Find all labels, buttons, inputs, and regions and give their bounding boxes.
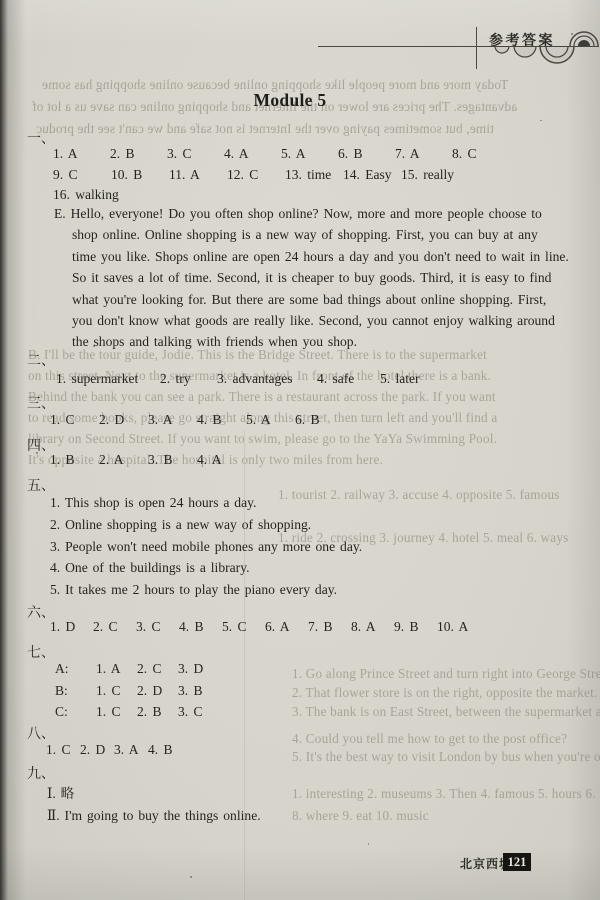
answers-subrow: 1. C2. B3. C	[96, 704, 219, 720]
answer-item: 5. later	[380, 371, 419, 387]
answer-item: 3. advantages	[217, 371, 317, 387]
answer-item: 4. A	[224, 146, 281, 162]
answer-item: 12. C	[227, 167, 285, 183]
passage-line: what you're looking for. But there are s…	[54, 289, 569, 310]
passage-line: So it saves a lot of time. Second, it is…	[54, 267, 569, 288]
answers-row: A:1. A2. C3. D	[55, 661, 219, 677]
section-marker-2: 二、	[27, 350, 55, 370]
answers-subrow: 1. A2. C3. D	[96, 661, 219, 677]
page-content: 参考答案 Module 5 一、 1. A2. B3. C4. A5. A6. …	[0, 0, 600, 900]
passage-line: time you like. Shops online are open 24 …	[54, 246, 569, 267]
answer-item: 1. supermarket	[56, 371, 160, 387]
answer-item: 7. A	[395, 146, 452, 162]
answer-item: 4. A	[197, 452, 246, 468]
section-marker-8: 八、	[27, 723, 55, 743]
dust-speck	[36, 452, 38, 454]
answers-row: C:1. C2. B3. C	[55, 704, 219, 720]
answer-item: 11. A	[169, 167, 227, 183]
sentence-item: 5. It takes me 2 hours to play the piano…	[50, 579, 362, 601]
answer-item: 7. B	[308, 619, 351, 635]
sentence-item: 4. One of the buildings is a library.	[50, 557, 362, 579]
answer-item: 8. A	[351, 619, 394, 635]
header-label: 参考答案	[489, 30, 555, 50]
answer-item: 9. B	[394, 619, 437, 635]
answers-row: 1. B2. A3. B4. A	[50, 452, 246, 468]
section-marker-9: 九、	[27, 763, 55, 783]
group-label: C:	[55, 704, 96, 720]
answer-item: 4. safe	[317, 371, 380, 387]
answer-item: 1. B	[50, 452, 99, 468]
answer-item: 15. really	[401, 167, 459, 183]
passage-line: shop online. Online shopping is a new wa…	[54, 224, 569, 245]
answer-item: 2. B	[110, 146, 167, 162]
answer-item: 3. C	[167, 146, 224, 162]
answers-row: 9. C10. B11. A12. C13. time14. Easy15. r…	[53, 167, 459, 183]
passage-line: E. Hello, everyone! Do you often shop on…	[54, 203, 569, 224]
answers-row: 1. C2. D3. A4. B	[46, 742, 182, 758]
header-divider	[476, 27, 477, 69]
answer-page: Today more and more people like shopping…	[0, 0, 600, 900]
answer-item: 16. walking	[53, 187, 119, 203]
answers-row: 1. supermarket2. try3. advantages4. safe…	[56, 371, 419, 387]
answer-item: 3. A	[148, 412, 197, 428]
answer-item: 1. C	[46, 742, 80, 758]
answer-item: 2. C	[93, 619, 136, 635]
answers-row: 16. walking	[53, 187, 119, 203]
answer-item: 1. C	[96, 704, 137, 720]
answer-item: 6. A	[265, 619, 308, 635]
answer-item: 3. B	[178, 683, 219, 699]
answer-item: 14. Easy	[343, 167, 401, 183]
dust-speck	[540, 120, 542, 121]
answers-subrow: 1. C2. D3. B	[96, 683, 219, 699]
answer-item: 2. C	[137, 661, 178, 677]
answer-item: 1. A	[53, 146, 110, 162]
passage-line: you don't know what goods are really lik…	[54, 310, 569, 331]
section-marker-1: 一、	[27, 128, 55, 148]
group-label: A:	[55, 661, 96, 677]
sentence-item: 3. People won't need mobile phones any m…	[50, 536, 362, 558]
sentence-item: Ⅱ. I'm going to buy the things online.	[47, 805, 261, 827]
section-marker-3: 三、	[27, 393, 55, 413]
answer-item: 2. D	[99, 412, 148, 428]
passage: E. Hello, everyone! Do you often shop on…	[54, 203, 569, 353]
answer-item: 1. C	[96, 683, 137, 699]
answer-item: 6. B	[295, 412, 344, 428]
answer-item: 2. B	[137, 704, 178, 720]
answers-row: 1. C2. D3. A4. B5. A6. B	[50, 412, 344, 428]
dust-speck	[93, 345, 95, 347]
answer-item: 5. A	[281, 146, 338, 162]
section-marker-7: 七、	[27, 642, 55, 662]
sentence-list: 1. This shop is open 24 hours a day.2. O…	[50, 492, 362, 601]
answer-item: 9. C	[53, 167, 111, 183]
answer-item: 3. B	[148, 452, 197, 468]
answer-item: 8. C	[452, 146, 509, 162]
answer-item: 4. B	[179, 619, 222, 635]
answer-item: 2. try	[160, 371, 217, 387]
answer-item: 4. B	[148, 742, 182, 758]
answer-item: 3. C	[178, 704, 219, 720]
dust-speck	[368, 843, 369, 845]
answers-row: 1. D2. C3. C4. B5. C6. A7. B8. A9. B10. …	[50, 619, 480, 635]
answer-item: 10. B	[111, 167, 169, 183]
group-label: B:	[55, 683, 96, 699]
sentence-list: Ⅰ. 略Ⅱ. I'm going to buy the things onlin…	[47, 783, 261, 827]
answer-item: 1. D	[50, 619, 93, 635]
answer-item: 1. A	[96, 661, 137, 677]
answers-row: 1. A2. B3. C4. A5. A6. B7. A8. C	[53, 146, 509, 162]
paper-crease	[244, 430, 245, 900]
sentence-item: 1. This shop is open 24 hours a day.	[50, 492, 362, 514]
answer-item: 10. A	[437, 619, 480, 635]
answer-item: 6. B	[338, 146, 395, 162]
answer-item: 3. D	[178, 661, 219, 677]
page-title: Module 5	[0, 90, 580, 111]
answer-item: 1. C	[50, 412, 99, 428]
dust-speck	[190, 876, 192, 878]
answer-item: 2. A	[99, 452, 148, 468]
answers-row: B:1. C2. D3. B	[55, 683, 219, 699]
answer-item: 4. B	[197, 412, 246, 428]
answer-item: 2. D	[137, 683, 178, 699]
sentence-item: 2. Online shopping is a new way of shopp…	[50, 514, 362, 536]
answer-item: 13. time	[285, 167, 343, 183]
sentence-item: Ⅰ. 略	[47, 783, 261, 805]
passage-line: the shops and talking with friends when …	[54, 331, 569, 352]
answer-item: 3. C	[136, 619, 179, 635]
answer-item: 2. D	[80, 742, 114, 758]
answer-item: 3. A	[114, 742, 148, 758]
page-number-badge: 121	[503, 853, 531, 871]
answer-item: 5. A	[246, 412, 295, 428]
